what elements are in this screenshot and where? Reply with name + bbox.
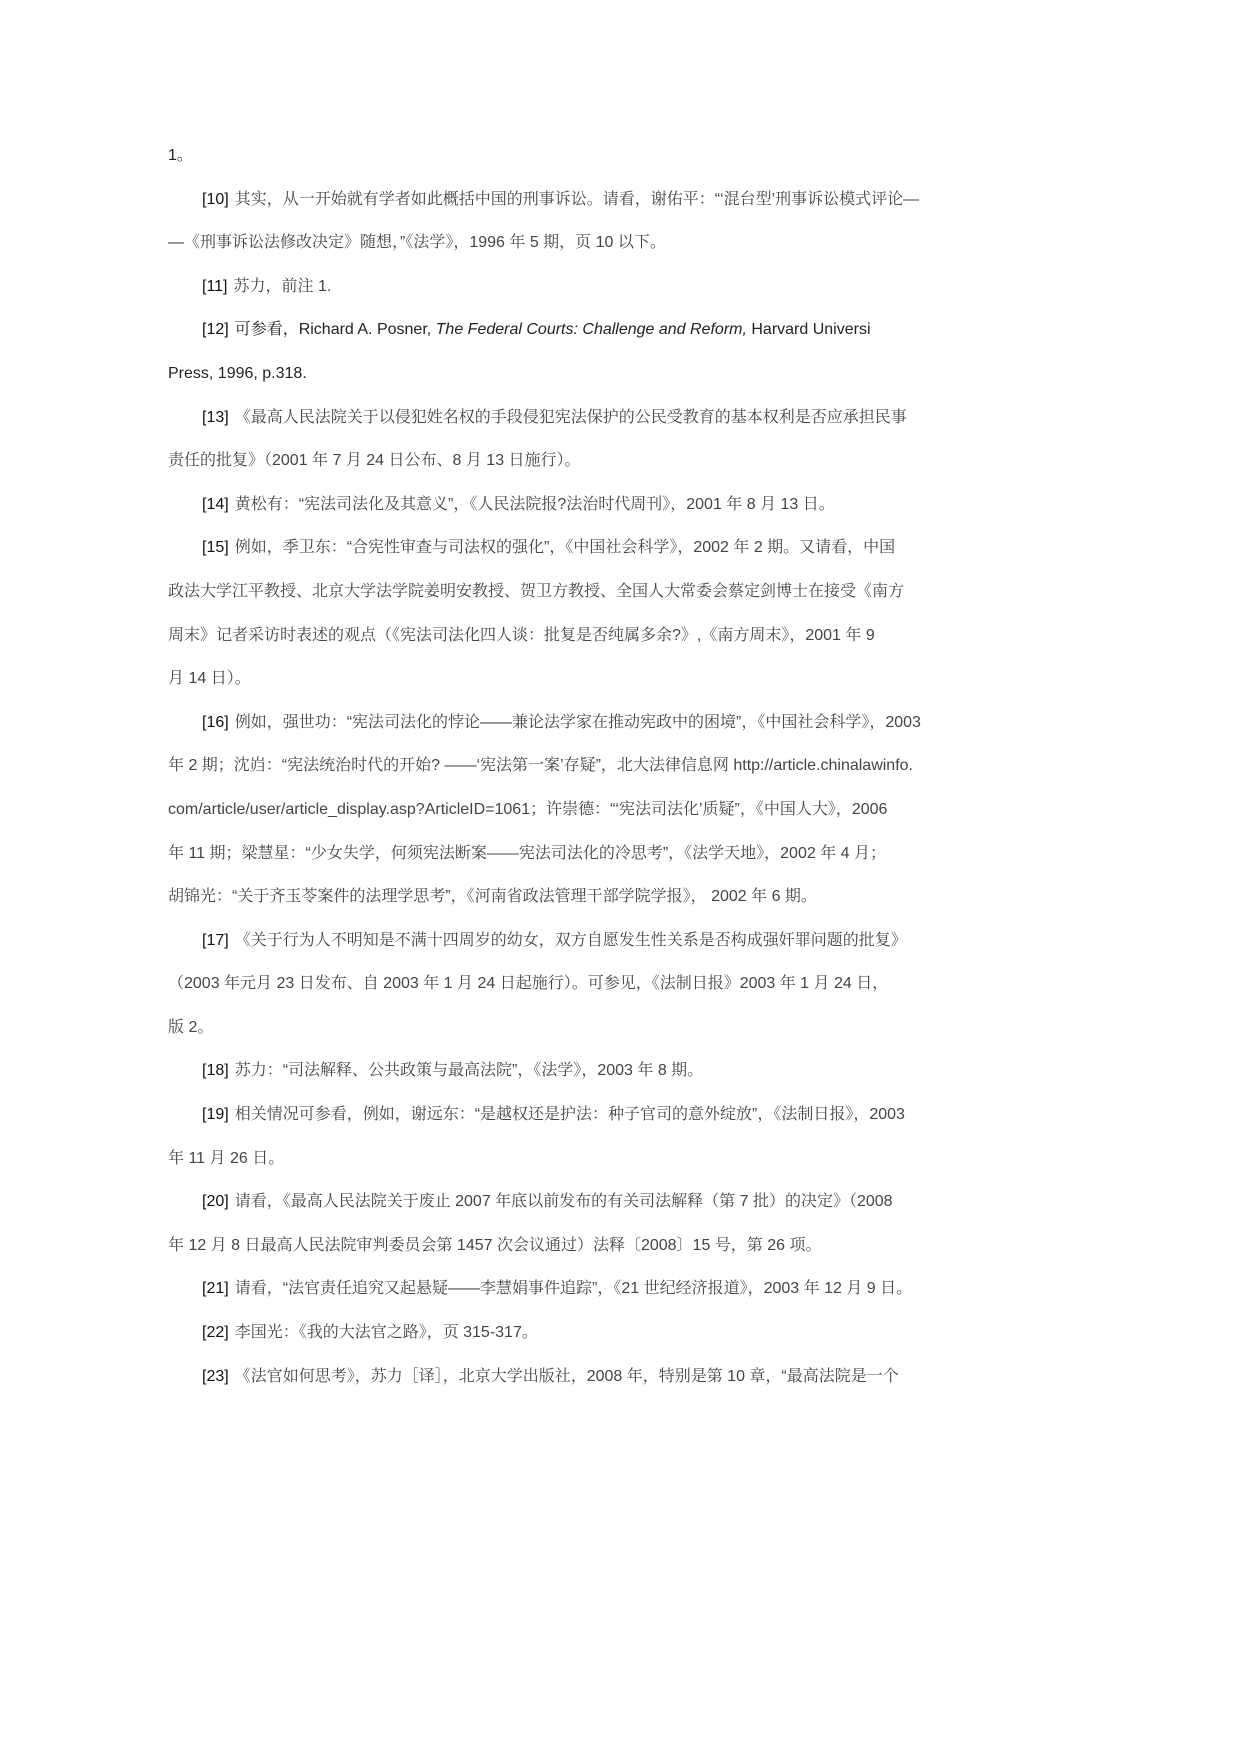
line-text: 责任的批复》（2001 年 7 月 24 日公布、8 月 13 日施行）。 (168, 452, 581, 469)
footnote-text: 可参看，Richard A. Posner, (235, 321, 436, 338)
line-text: com/article/user/article_display.asp?Art… (168, 801, 887, 818)
footnote-text: 相关情况可参看，例如，谢远东：“是越权还是护法：种子官司的意外绽放”，《法制日报… (235, 1106, 905, 1123)
text-line: （2003 年元月 23 日发布、自 2003 年 1 月 24 日起施行）。可… (168, 971, 942, 1015)
text-line: —《刑事诉讼法修改决定》随想，”《法学》，1996 年 5 期，页 10 以下。 (168, 230, 942, 274)
footnote-number: [10] (202, 191, 229, 208)
text-line: 年 11 期；梁慧星：“少女失学，何须宪法断案——宪法司法化的冷思考”，《法学天… (168, 841, 942, 885)
footnote-number: [16] (202, 714, 229, 731)
footnote-17: [17]《关于行为人不明知是不满十四周岁的幼女，双方自愿发生性关系是否构成强奸罪… (168, 928, 942, 972)
footnote-21: [21]请看，“法官责任追究又起悬疑——李慧娟事件追踪”，《21 世纪经济报道》… (168, 1276, 942, 1320)
footnote-18: [18]苏力：“司法解释、公共政策与最高法院”，《法学》，2003 年 8 期。 (168, 1058, 942, 1102)
line-text: Press, 1996, p.318. (168, 365, 307, 382)
footnote-text: 黄松有：“宪法司法化及其意义”，《人民法院报?法治时代周刊》，2001 年 8 … (235, 496, 835, 513)
text-line: Press, 1996, p.318. (168, 361, 942, 405)
footnote-text: 《关于行为人不明知是不满十四周岁的幼女，双方自愿发生性关系是否构成强奸罪问题的批… (235, 932, 907, 949)
footnote-number: [20] (202, 1193, 229, 1210)
line-text: 年 11 期；梁慧星：“少女失学，何须宪法断案——宪法司法化的冷思考”，《法学天… (168, 845, 886, 862)
footnote-text: 苏力：“司法解释、公共政策与最高法院”，《法学》，2003 年 8 期。 (235, 1062, 704, 1079)
footnote-19: [19]相关情况可参看，例如，谢远东：“是越权还是护法：种子官司的意外绽放”，《… (168, 1102, 942, 1146)
footnote-number: [14] (202, 496, 229, 513)
footnote-10: [10]其实，从一开始就有学者如此概括中国的刑事诉讼。请看，谢佑平：“‘混台型’… (168, 187, 942, 231)
footnote-13: [13]《最高人民法院关于以侵犯姓名权的手段侵犯宪法保护的公民受教育的基本权利是… (168, 405, 942, 449)
footnote-text: 《最高人民法院关于以侵犯姓名权的手段侵犯宪法保护的公民受教育的基本权利是否应承担… (235, 409, 907, 426)
footnote-12: [12]可参看，Richard A. Posner, The Federal C… (168, 317, 942, 361)
text-line: 责任的批复》（2001 年 7 月 24 日公布、8 月 13 日施行）。 (168, 448, 942, 492)
footnote-text: 其实，从一开始就有学者如此概括中国的刑事诉讼。请看，谢佑平：“‘混台型’刑事诉讼… (235, 191, 919, 208)
footnote-14: [14]黄松有：“宪法司法化及其意义”，《人民法院报?法治时代周刊》，2001 … (168, 492, 942, 536)
footnote-text-tail: Harvard Universi (747, 321, 871, 338)
footnote-number: [12] (202, 321, 229, 338)
text-line: 胡锦光：“关于齐玉苓案件的法理学思考”，《河南省政法管理干部学院学报》， 200… (168, 884, 942, 928)
footnote-text: 李国光：《我的大法官之路》，页 315-317。 (235, 1324, 538, 1341)
footnote-15: [15]例如，季卫东：“合宪性审查与司法权的强化”，《中国社会科学》，2002 … (168, 535, 942, 579)
line-text: 周末》记者采访时表述的观点（《宪法司法化四人谈：批复是否纯属多余?》,《南方周末… (168, 627, 875, 644)
line-text: 版 2。 (168, 1019, 213, 1036)
text-line: 1。 (168, 143, 942, 187)
footnote-number: [11] (202, 278, 228, 295)
footnote-text: 请看，《最高人民法院关于废止 2007 年底以前发布的有关司法解释（第 7 批）… (235, 1193, 893, 1210)
line-text: 月 14 日）。 (168, 670, 251, 687)
text-line: 年 12 月 8 日最高人民法院审判委员会第 1457 次会议通过）法释〔200… (168, 1233, 942, 1277)
text-line: 版 2。 (168, 1015, 942, 1059)
footnote-number: [23] (202, 1368, 229, 1385)
line-text: 胡锦光：“关于齐玉苓案件的法理学思考”，《河南省政法管理干部学院学报》， 200… (168, 888, 817, 905)
footnote-text: 例如，强世功：“宪法司法化的悖论——兼论法学家在推动宪政中的困境”，《中国社会科… (235, 714, 921, 731)
line-text: 1。 (168, 147, 193, 164)
footnote-text: 例如，季卫东：“合宪性审查与司法权的强化”，《中国社会科学》，2002 年 2 … (235, 539, 896, 556)
footnote-text: 请看，“法官责任追究又起悬疑——李慧娟事件追踪”，《21 世纪经济报道》，200… (235, 1280, 912, 1297)
book-title: The Federal Courts: Challenge and Reform… (436, 321, 747, 338)
footnote-22: [22]李国光：《我的大法官之路》，页 315-317。 (168, 1320, 942, 1364)
text-line: 周末》记者采访时表述的观点（《宪法司法化四人谈：批复是否纯属多余?》,《南方周末… (168, 623, 942, 667)
footnote-20: [20]请看，《最高人民法院关于废止 2007 年底以前发布的有关司法解释（第 … (168, 1189, 942, 1233)
footnote-number: [19] (202, 1106, 229, 1123)
footnote-number: [17] (202, 932, 229, 949)
text-line: 年 11 月 26 日。 (168, 1146, 942, 1190)
footnote-text: 苏力，前注 1. (234, 278, 332, 295)
footnote-16: [16]例如，强世功：“宪法司法化的悖论——兼论法学家在推动宪政中的困境”，《中… (168, 710, 942, 754)
footnote-23: [23]《法官如何思考》，苏力［译］，北京大学出版社，2008 年，特别是第 1… (168, 1364, 942, 1408)
footnotes-body: 1。 [10]其实，从一开始就有学者如此概括中国的刑事诉讼。请看，谢佑平：“‘混… (168, 143, 942, 1407)
footnote-number: [21] (202, 1280, 229, 1297)
line-text: 年 2 期；沈岿：“宪法统治时代的开始? ——‘宪法第一案’存疑”，北大法律信息… (168, 757, 913, 774)
line-text: —《刑事诉讼法修改决定》随想，”《法学》，1996 年 5 期，页 10 以下。 (168, 234, 666, 251)
text-line: com/article/user/article_display.asp?Art… (168, 797, 942, 841)
line-text: （2003 年元月 23 日发布、自 2003 年 1 月 24 日起施行）。可… (168, 975, 888, 992)
footnote-11: [11]苏力，前注 1. (168, 274, 942, 318)
line-text: 年 12 月 8 日最高人民法院审判委员会第 1457 次会议通过）法释〔200… (168, 1237, 822, 1254)
text-line: 月 14 日）。 (168, 666, 942, 710)
footnote-number: [18] (202, 1062, 229, 1079)
line-text: 政法大学江平教授、北京大学法学院姜明安教授、贺卫方教授、全国人大常委会蔡定剑博士… (168, 583, 904, 600)
text-line: 政法大学江平教授、北京大学法学院姜明安教授、贺卫方教授、全国人大常委会蔡定剑博士… (168, 579, 942, 623)
footnote-number: [15] (202, 539, 229, 556)
footnote-number: [13] (202, 409, 229, 426)
footnote-number: [22] (202, 1324, 229, 1341)
footnote-text: 《法官如何思考》，苏力［译］，北京大学出版社，2008 年，特别是第 10 章，… (235, 1368, 899, 1385)
document-page: 1。 [10]其实，从一开始就有学者如此概括中国的刑事诉讼。请看，谢佑平：“‘混… (0, 0, 1241, 1754)
line-text: 年 11 月 26 日。 (168, 1150, 284, 1167)
text-line: 年 2 期；沈岿：“宪法统治时代的开始? ——‘宪法第一案’存疑”，北大法律信息… (168, 753, 942, 797)
